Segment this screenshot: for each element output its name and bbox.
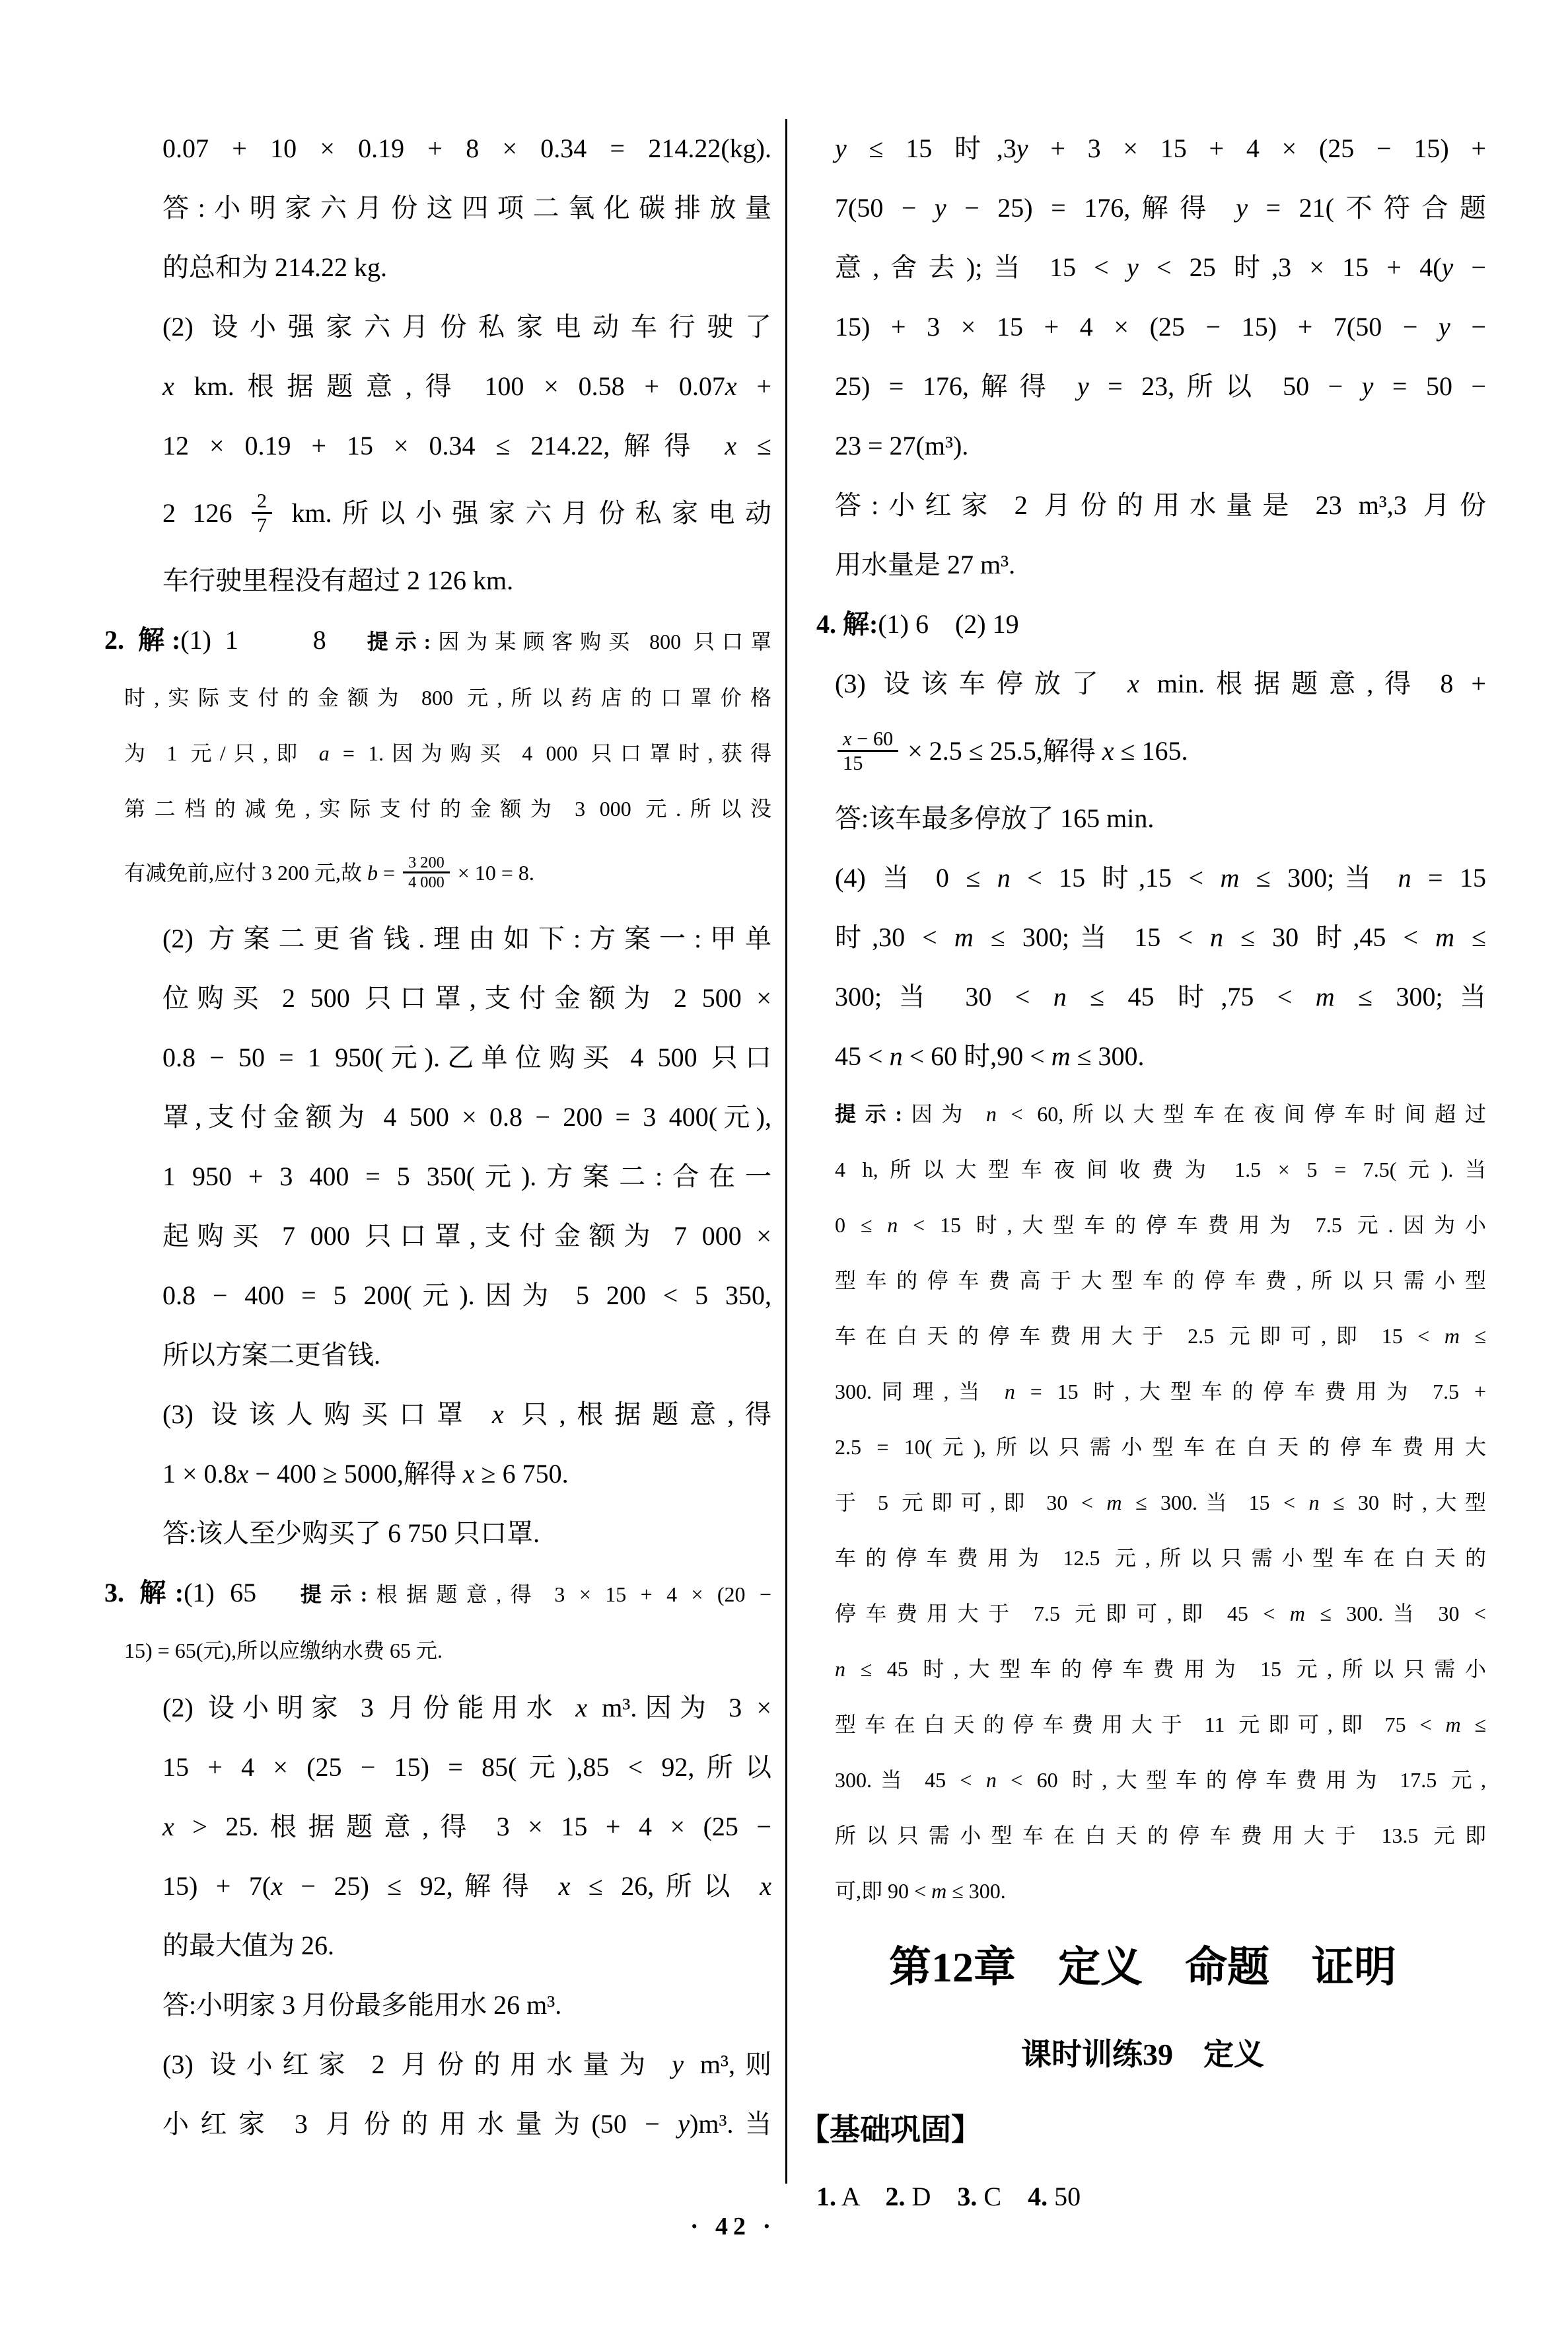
text-line: 车在白天的停车费用大于 2.5 元即可,即 15 < m ≤	[799, 1308, 1486, 1364]
text-line: 15 + 4 × (25 − 15) = 85(元),85 < 92,所以	[99, 1738, 771, 1797]
text-line: (3) 设该人购买口罩 x 只,根据题意,得	[99, 1385, 771, 1444]
left-column: 0.07 + 10 × 0.19 + 8 × 0.34 = 214.22(kg)…	[99, 119, 771, 2154]
text-line: 所以方案二更省钱.	[99, 1325, 771, 1385]
text-line: 于 5 元即可,即 30 < m ≤ 300.当 15 < n ≤ 30 时,大…	[799, 1475, 1486, 1530]
text-line: 意,舍去);当 15 < y < 25 时,3 × 15 + 4(y −	[799, 238, 1486, 297]
text-line: 用水量是 27 m³.	[799, 535, 1486, 595]
answers-line: 1. A 2. D 3. C 4. 50	[799, 2167, 1486, 2227]
text-line: 15) = 65(元),所以应缴纳水费 65 元.	[99, 1623, 771, 1678]
text-line: y ≤ 15 时,3y + 3 × 15 + 4 × (25 − 15) +	[799, 119, 1486, 178]
chapter-heading: 第12章 定义 命题 证明	[799, 1927, 1486, 2009]
text-line: 为 1 元/只,即 a = 1.因为购买 4 000 只口罩时,获得	[99, 725, 771, 781]
text-line: 罩,支付金额为 4 500 × 0.8 − 200 = 3 400(元),	[99, 1088, 771, 1147]
problem-start-line: 4. 解:(1) 6 (2) 19	[799, 595, 1486, 654]
text-line: 12 × 0.19 + 15 × 0.34 ≤ 214.22,解得 x ≤	[99, 416, 771, 476]
right-column: y ≤ 15 时,3y + 3 × 15 + 4 × (25 − 15) +7(…	[799, 119, 1486, 2227]
problem-start-line: 3. 解:(1) 65 提示:根据题意,得 3 × 15 + 4 × (20 −	[99, 1563, 771, 1623]
text-line: 300;当 30 < n ≤ 45 时,75 < m ≤ 300;当	[799, 967, 1486, 1027]
text-line: 2.5 = 10(元),所以只需小型车在白天的停车费用大	[799, 1419, 1486, 1475]
fraction: 3 2004 000	[403, 854, 450, 891]
text-line: 300.当 45 < n < 60 时,大型车的停车费用为 17.5 元,	[799, 1752, 1486, 1808]
lesson-heading: 课时训练39 定义	[799, 2020, 1486, 2089]
text-line: 23 = 27(m³).	[799, 416, 1486, 476]
text-line: 0.8 − 400 = 5 200(元).因为 5 200 < 5 350,	[99, 1266, 771, 1325]
text-line: 车的停车费用为 12.5 元,所以只需小型车在白天的	[799, 1530, 1486, 1586]
column-divider	[785, 119, 787, 2184]
text-line: 的总和为 214.22 kg.	[99, 238, 771, 297]
text-line: 4 h,所以大型车夜间收费为 1.5 × 5 = 7.5(元).当	[799, 1142, 1486, 1197]
text-line: (3) 设该车停放了 x min.根据题意,得 8 +	[799, 654, 1486, 714]
text-line: 300.同理,当 n = 15 时,大型车的停车费用为 7.5 +	[799, 1364, 1486, 1419]
text-line: 位购买 2 500 只口罩,支付金额为 2 500 ×	[99, 969, 771, 1028]
text-line: 1 × 0.8x − 400 ≥ 5000,解得 x ≥ 6 750.	[99, 1444, 771, 1504]
text-line: x > 25.根据题意,得 3 × 15 + 4 × (25 −	[99, 1797, 771, 1857]
text-line: 起购买 7 000 只口罩,支付金额为 7 000 ×	[99, 1206, 771, 1266]
text-line: 答:该车最多停放了 165 min.	[799, 789, 1486, 848]
text-line: 1 950 + 3 400 = 5 350(元).方案二:合在一	[99, 1147, 771, 1206]
fraction: x − 6015	[837, 727, 898, 774]
text-line: 停车费用大于 7.5 元即可,即 45 < m ≤ 300.当 30 <	[799, 1586, 1486, 1641]
text-line: n ≤ 45 时,大型车的停车费用为 15 元,所以只需小	[799, 1641, 1486, 1697]
text-line: (2) 方案二更省钱.理由如下:方案一:甲单	[99, 909, 771, 969]
text-line: 时,30 < m ≤ 300;当 15 < n ≤ 30 时,45 < m ≤	[799, 908, 1486, 967]
text-line: 提示:因为 n < 60,所以大型车在夜间停车时间超过	[799, 1086, 1486, 1142]
page-number: · 42 ·	[634, 2212, 832, 2241]
text-line: (2) 设小强家六月份私家电动车行驶了	[99, 297, 771, 357]
text-line: 所以只需小型车在白天的停车费用大于 13.5 元即	[799, 1808, 1486, 1863]
text-line: (3) 设小红家 2 月份的用水量为 y m³,则	[99, 2035, 771, 2094]
problem-start-line: 2. 解:(1) 1 8 提示:因为某顾客购买 800 只口罩	[99, 610, 771, 670]
text-line: 45 < n < 60 时,90 < m ≤ 300.	[799, 1027, 1486, 1086]
text-line: (2) 设小明家 3 月份能用水 x m³.因为 3 ×	[99, 1678, 771, 1738]
text-line: 小红家 3 月份的用水量为(50 − y)m³.当	[99, 2094, 771, 2154]
text-line: 答:小明家 3 月份最多能用水 26 m³.	[99, 1975, 771, 2035]
text-line: 答:小明家六月份这四项二氧化碳排放量	[99, 178, 771, 238]
section-heading: 【基础巩固】	[799, 2098, 1486, 2162]
fraction: 27	[252, 490, 272, 536]
text-line: 2 126 27 km.所以小强家六月份私家电动	[99, 476, 771, 551]
text-line: 的最大值为 26.	[99, 1916, 771, 1975]
text-line: 7(50 − y − 25) = 176,解得 y = 21(不符合题	[799, 178, 1486, 238]
text-line: 车行驶里程没有超过 2 126 km.	[99, 551, 771, 610]
text-line: 0.8 − 50 = 1 950(元).乙单位购买 4 500 只口	[99, 1028, 771, 1088]
text-line: (4) 当 0 ≤ n < 15 时,15 < m ≤ 300;当 n = 15	[799, 848, 1486, 908]
text-line: 25) = 176,解得 y = 23,所以 50 − y = 50 −	[799, 357, 1486, 416]
text-line: 型车的停车费高于大型车的停车费,所以只需小型	[799, 1253, 1486, 1308]
text-line: 0.07 + 10 × 0.19 + 8 × 0.34 = 214.22(kg)…	[99, 119, 771, 178]
text-line: 答:该人至少购买了 6 750 只口罩.	[99, 1504, 771, 1563]
scanned-answer-page: 0.07 + 10 × 0.19 + 8 × 0.34 = 214.22(kg)…	[0, 0, 1568, 2325]
text-line: 15) + 3 × 15 + 4 × (25 − 15) + 7(50 − y …	[799, 297, 1486, 357]
text-line: 15) + 7(x − 25) ≤ 92,解得 x ≤ 26,所以 x	[99, 1857, 771, 1916]
text-line: 时,实际支付的金额为 800 元,所以药店的口罩价格	[99, 670, 771, 725]
text-line: 答:小红家 2 月份的用水量是 23 m³,3 月份	[799, 476, 1486, 535]
text-line: x km.根据题意,得 100 × 0.58 + 0.07x +	[99, 357, 771, 416]
text-line: 0 ≤ n < 15 时,大型车的停车费用为 7.5 元.因为小	[799, 1197, 1486, 1253]
text-line: 第二档的减免,实际支付的金额为 3 000 元.所以没	[99, 781, 771, 836]
text-line: 可,即 90 < m ≤ 300.	[799, 1863, 1486, 1919]
text-line: 型车在白天的停车费用大于 11 元即可,即 75 < m ≤	[799, 1697, 1486, 1752]
text-line: x − 6015 × 2.5 ≤ 25.5,解得 x ≤ 165.	[799, 714, 1486, 789]
text-line: 有减免前,应付 3 200 元,故 b = 3 2004 000 × 10 = …	[99, 836, 771, 909]
